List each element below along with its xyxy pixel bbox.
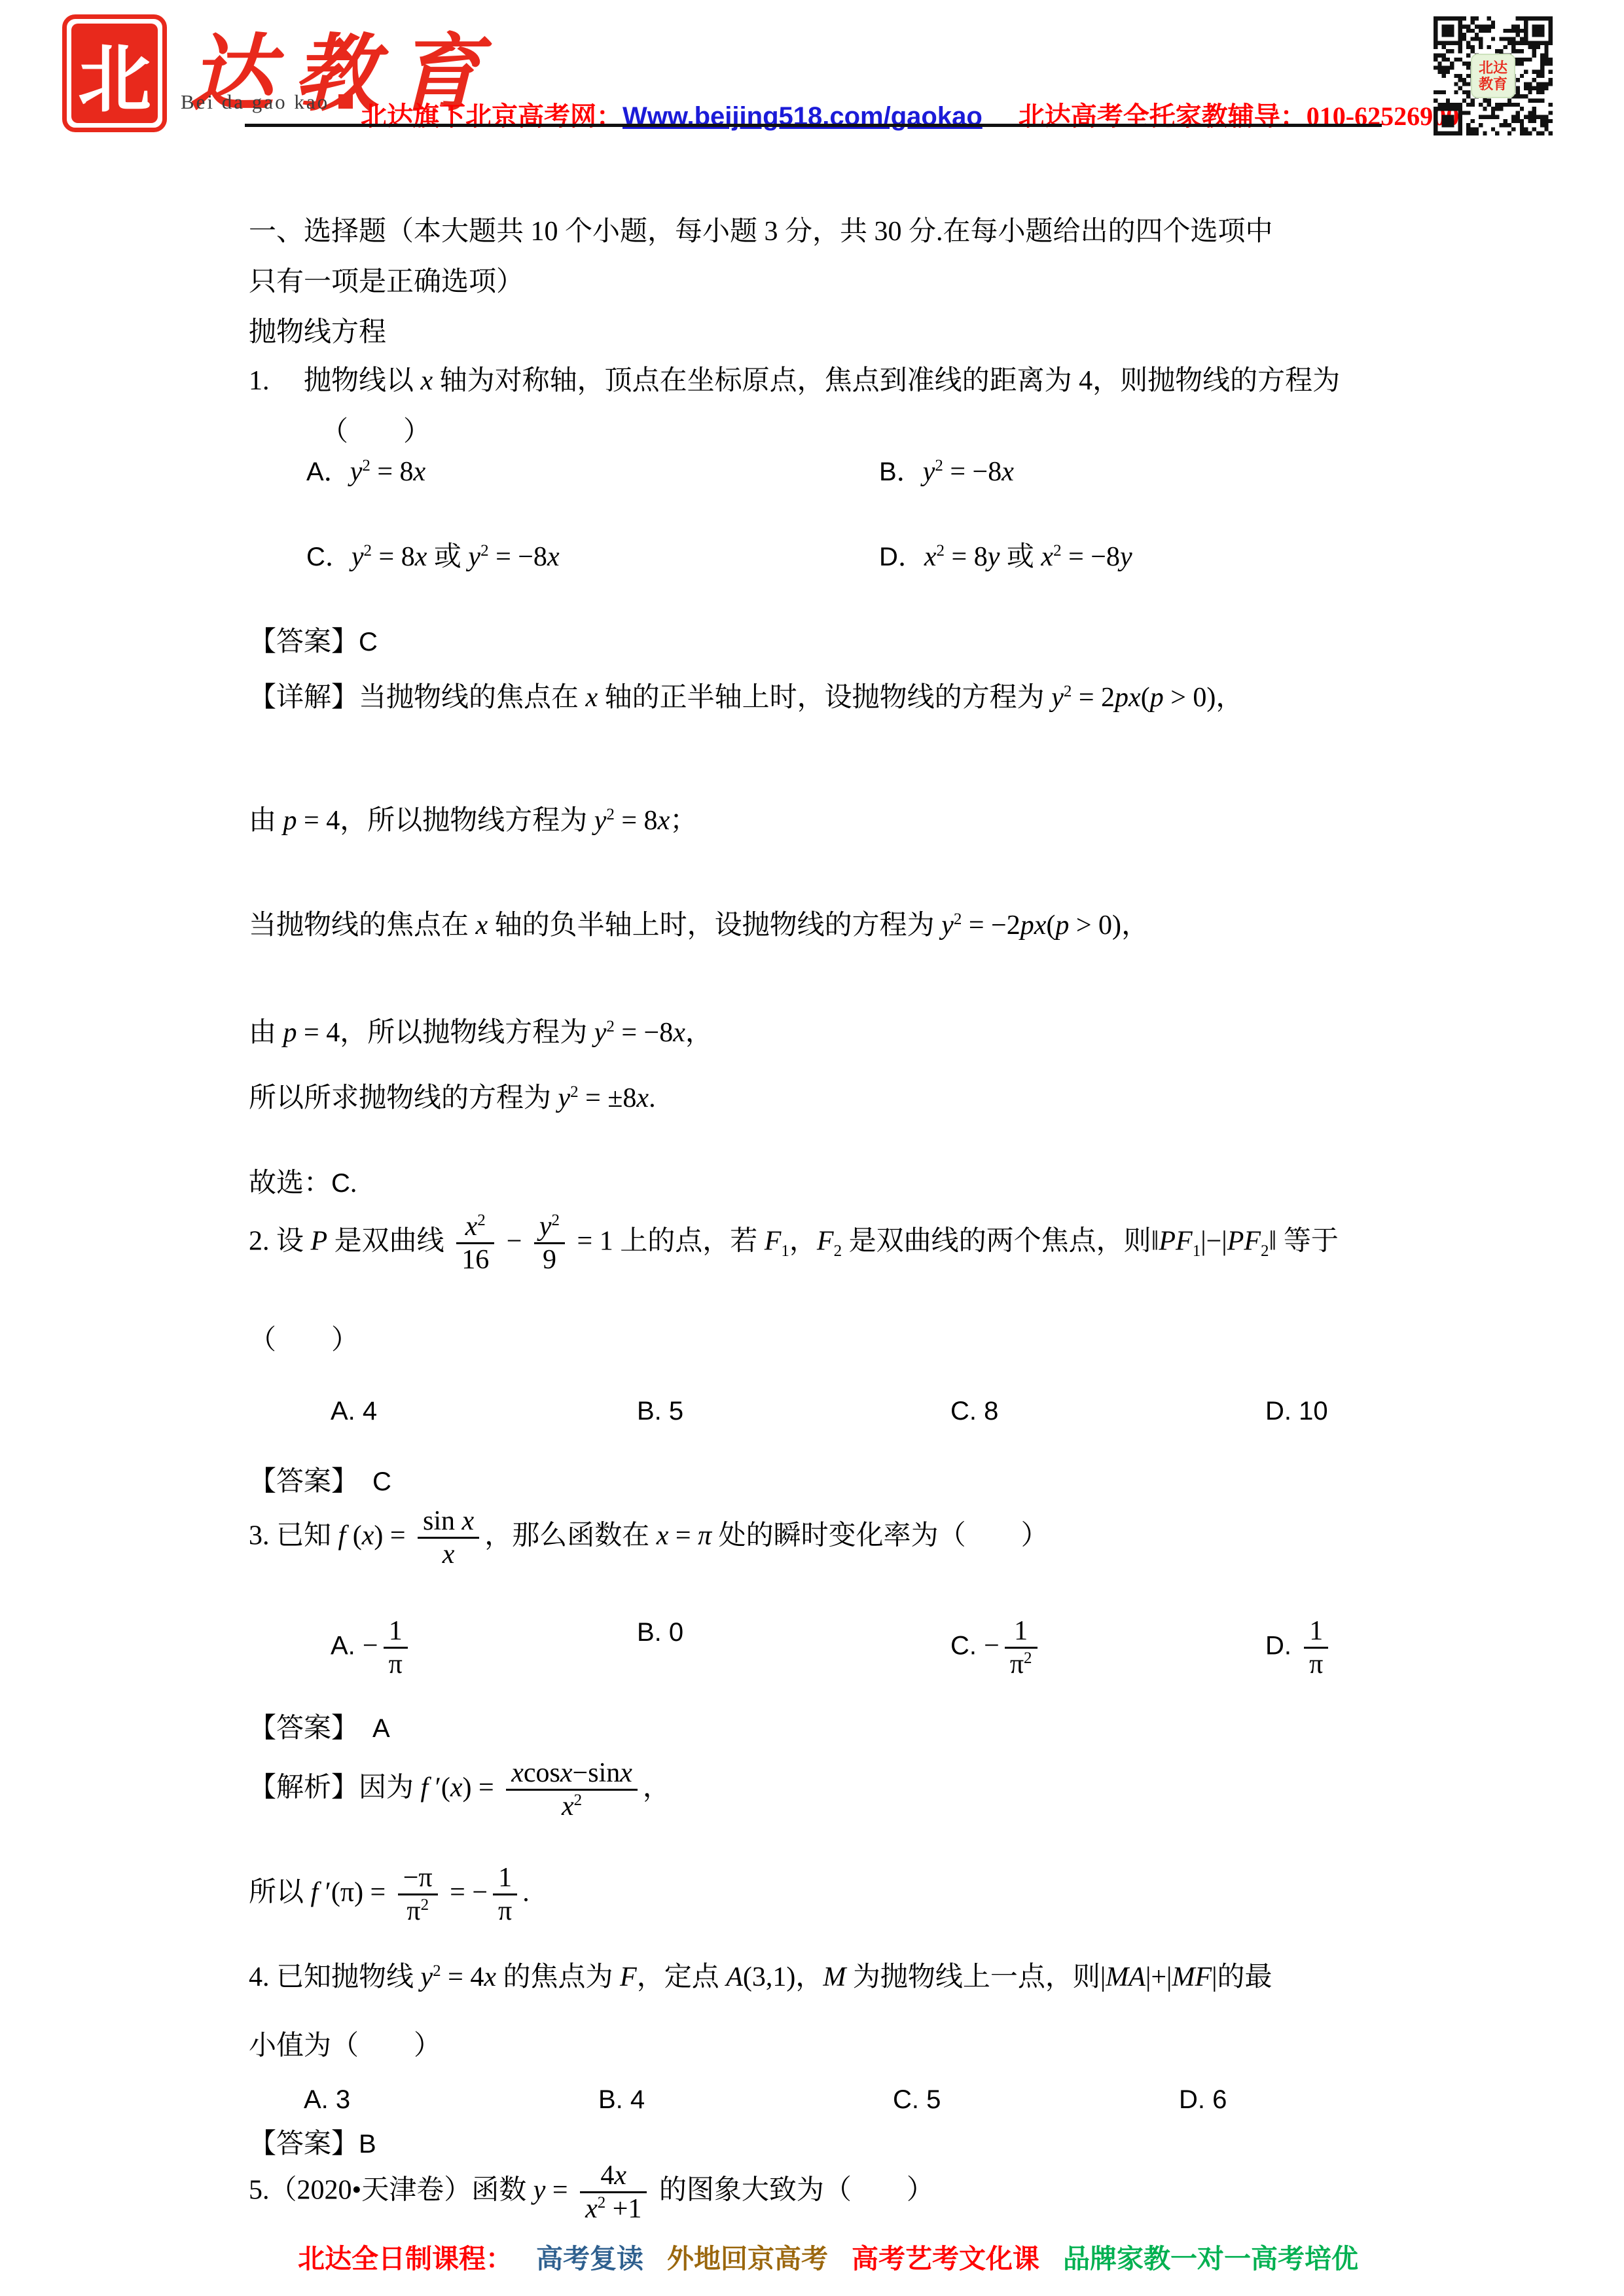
fraction: sin xx — [418, 1505, 479, 1571]
section-heading-line-2: 只有一项是正确选项） — [249, 265, 1427, 300]
qr-center-line1: 北达 — [1479, 60, 1507, 76]
option: D. 6 — [1179, 2083, 1227, 2117]
q3-explanation-2: 所以 f ′(π) = −ππ2 = −1π. — [249, 1862, 1427, 1928]
option: A. −1π — [331, 1615, 413, 1681]
fraction: x216 — [456, 1211, 494, 1276]
option: D．x2 = 8y 或 x2 = −8y — [879, 540, 1132, 575]
option: C. 5 — [893, 2083, 941, 2117]
option: C. 8 — [950, 1394, 998, 1429]
q3-answer: 【答案】 A — [249, 1712, 1427, 1746]
option: D. 10 — [1265, 1394, 1328, 1429]
fraction: 1π2 — [1005, 1615, 1038, 1681]
q1-explanation-5: 所以所求抛物线的方程为 y2 = ±8x. — [249, 1081, 1427, 1116]
tagline-square-icon — [338, 94, 353, 109]
option: B. 4 — [598, 2083, 645, 2117]
q1-explanation-4: 由 p = 4，所以抛物线方程为 y2 = −8x， — [249, 1016, 1427, 1050]
beida-stamp-logo: 北 — [62, 14, 167, 132]
qr-center-line2: 教育 — [1479, 76, 1507, 92]
header-contact-line: 北达旗下北京高考网：Www.beijing518.com/gaokao北达高考全… — [361, 96, 1459, 133]
footer-segment: 高考艺考文化课 — [852, 2244, 1039, 2274]
q1-explanation-2: 由 p = 4，所以抛物线方程为 y2 = 8x； — [249, 804, 1427, 838]
fraction: y29 — [534, 1211, 565, 1276]
option: A．y2 = 8x — [306, 455, 425, 490]
tagline-text: Bei da gao kao — [181, 90, 329, 113]
option: C．y2 = 8x 或 y2 = −8x — [306, 540, 560, 575]
footer-segment: 北达全日制课程： — [298, 2244, 513, 2274]
fraction: 1π — [384, 1615, 408, 1681]
option: C. −1π2 — [950, 1615, 1043, 1681]
page-footer: 北达全日制课程：高考复读外地回京高考高考艺考文化课品牌家教一对一高考培优 — [298, 2237, 1382, 2276]
qr-code-icon: 北达 教育 — [1434, 16, 1553, 135]
fraction: 4xx2 +1 — [580, 2160, 647, 2225]
fraction: −ππ2 — [398, 1862, 438, 1928]
footer-segment: 外地回京高考 — [667, 2244, 828, 2274]
option: A. 3 — [304, 2083, 350, 2117]
q4-answer: 【答案】B — [249, 2127, 1427, 2162]
option: B．y2 = −8x — [879, 455, 1014, 490]
q1-explanation-1: 【详解】当抛物线的焦点在 x 轴的正半轴上时，设抛物线的方程为 y2 = 2px… — [249, 681, 1427, 715]
q1-stem: 1. 抛物线以 x 轴为对称轴，顶点在坐标原点，焦点到准线的距离为 4，则抛物线… — [249, 364, 1427, 399]
q1-answer-blank: （ ） — [321, 415, 1499, 450]
footer-segment: 品牌家教一对一高考培优 — [1063, 2244, 1358, 2274]
q1-explanation-3: 当抛物线的焦点在 x 轴的负半轴上时，设抛物线的方程为 y2 = −2px(p … — [249, 908, 1427, 943]
q5-stem: 5.（2020•天津卷）函数 y = 4xx2 +1 的图象大致为（ ） — [249, 2160, 1427, 2225]
option: A. 4 — [331, 1394, 377, 1429]
q1-conclusion: 故选：C. — [249, 1166, 1427, 1201]
option: B. 0 — [637, 1615, 683, 1650]
q4-stem-line2: 小值为（ ） — [249, 2029, 1427, 2064]
topic-label: 抛物线方程 — [249, 315, 1427, 350]
footer-segment: 高考复读 — [536, 2244, 643, 2274]
fraction: 1π — [1304, 1615, 1328, 1681]
option: D. 1π — [1265, 1615, 1333, 1681]
option: B. 5 — [637, 1394, 683, 1429]
q2-answer-blank: （ ） — [249, 1323, 1427, 1358]
q1-answer: 【答案】C — [249, 625, 1427, 660]
fraction: xcosx−sinxx2 — [506, 1757, 638, 1823]
section-heading-line-1: 一、选择题（本大题共 10 个小题，每小题 3 分，共 30 分.在每小题给出的… — [249, 215, 1427, 249]
header-divider — [245, 124, 1382, 127]
brand-tagline: Bei da gao kao — [181, 90, 353, 114]
q3-stem: 3. 已知 f (x) = sin xx，那么函数在 x = π 处的瞬时变化率… — [249, 1505, 1427, 1571]
q4-stem-line1: 4. 已知抛物线 y2 = 4x 的焦点为 F，定点 A(3,1)，M 为抛物线… — [249, 1960, 1427, 1995]
fraction: 1π — [493, 1862, 517, 1928]
q3-explanation-1: 【解析】因为 f ′(x) = xcosx−sinxx2， — [249, 1757, 1427, 1823]
q2-stem: 2. 设 P 是双曲线 x216 − y29 = 1 上的点，若 F1，F2 是… — [249, 1211, 1427, 1276]
stamp-character: 北 — [71, 24, 158, 123]
q2-answer: 【答案】 C — [249, 1465, 1427, 1499]
qr-center-logo: 北达 教育 — [1471, 54, 1515, 98]
